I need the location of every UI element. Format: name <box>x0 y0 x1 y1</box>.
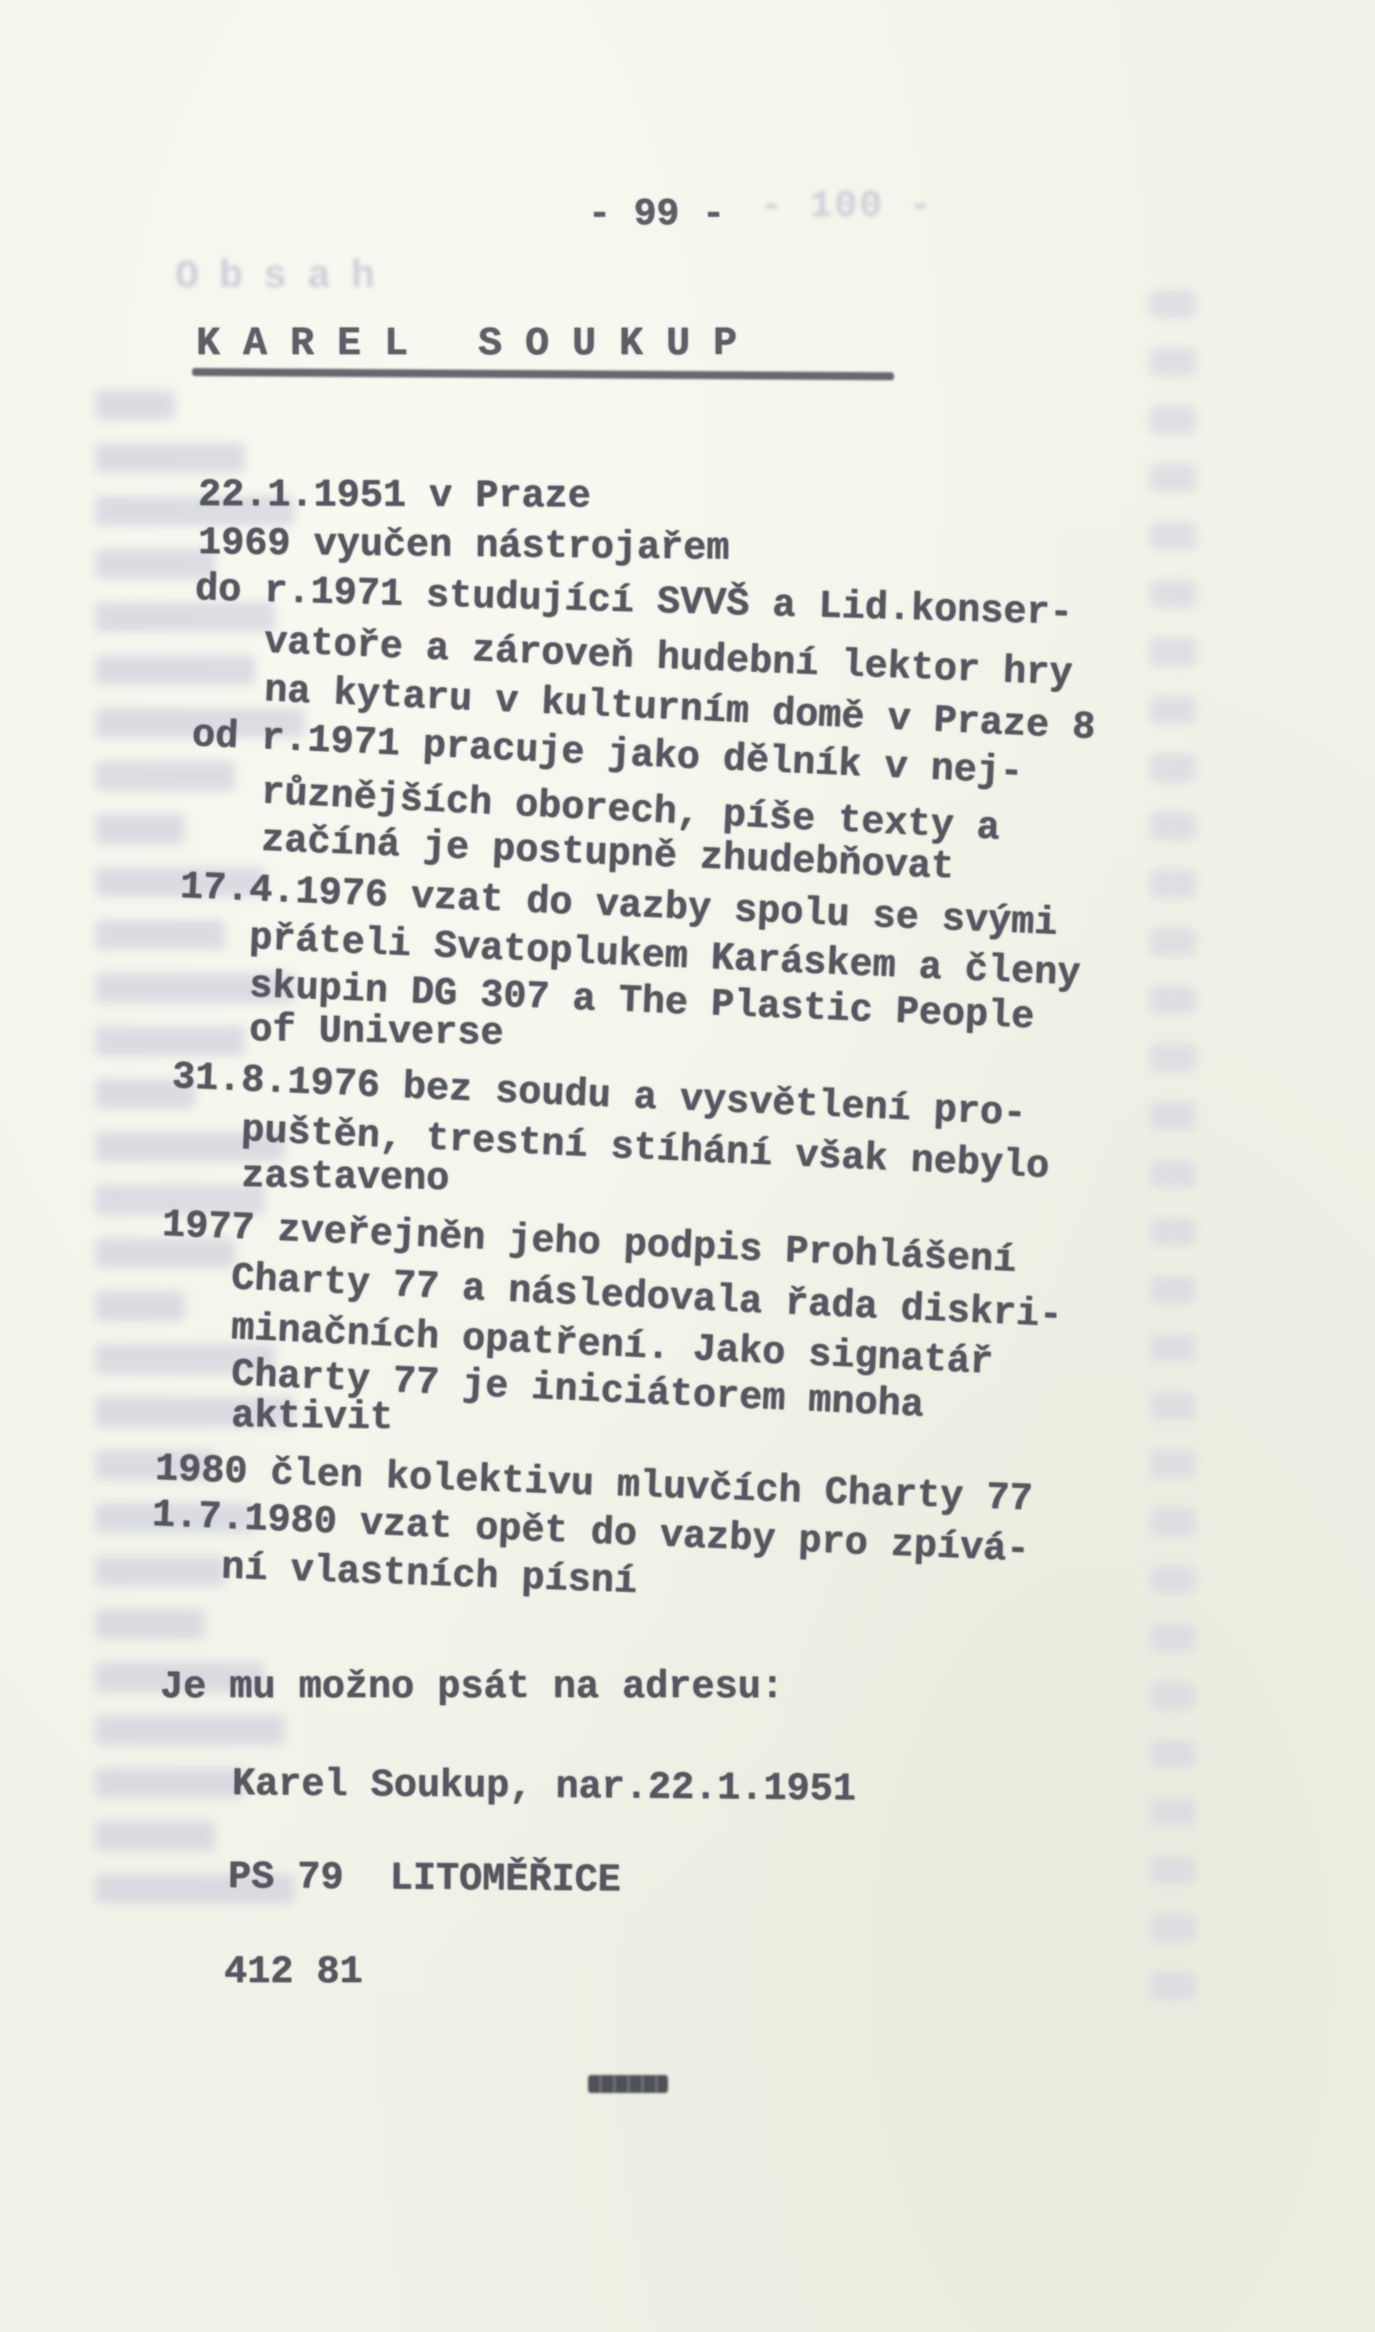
biography-line: of Universe <box>180 1010 504 1053</box>
end-mark <box>588 2075 668 2093</box>
page-number: - 99 - <box>588 196 725 234</box>
address-intro: Je mu možno psát na adresu: <box>160 1668 784 1707</box>
address-line-name: Karel Soukup, nar.22.1.1951 <box>232 1765 856 1809</box>
biography-line: 1969 vyučen nástrojařem <box>198 524 730 568</box>
address-line-postcode: 412 81 <box>224 1953 363 1992</box>
biography-line: aktivit <box>162 1396 394 1438</box>
bleed-through-page-number: - 100 - <box>760 185 934 228</box>
page-title: KAREL SOUKUP <box>196 325 760 365</box>
address-line-prison: PS 79 LITOMĚŘICE <box>228 1858 621 1900</box>
bleed-through-heading: Obsah <box>175 255 395 300</box>
bleed-through-page-refs <box>1150 290 1220 2000</box>
biography-line: zastaveno <box>172 1156 450 1198</box>
biography-line: 22.1.1951 v Praze <box>198 476 591 516</box>
